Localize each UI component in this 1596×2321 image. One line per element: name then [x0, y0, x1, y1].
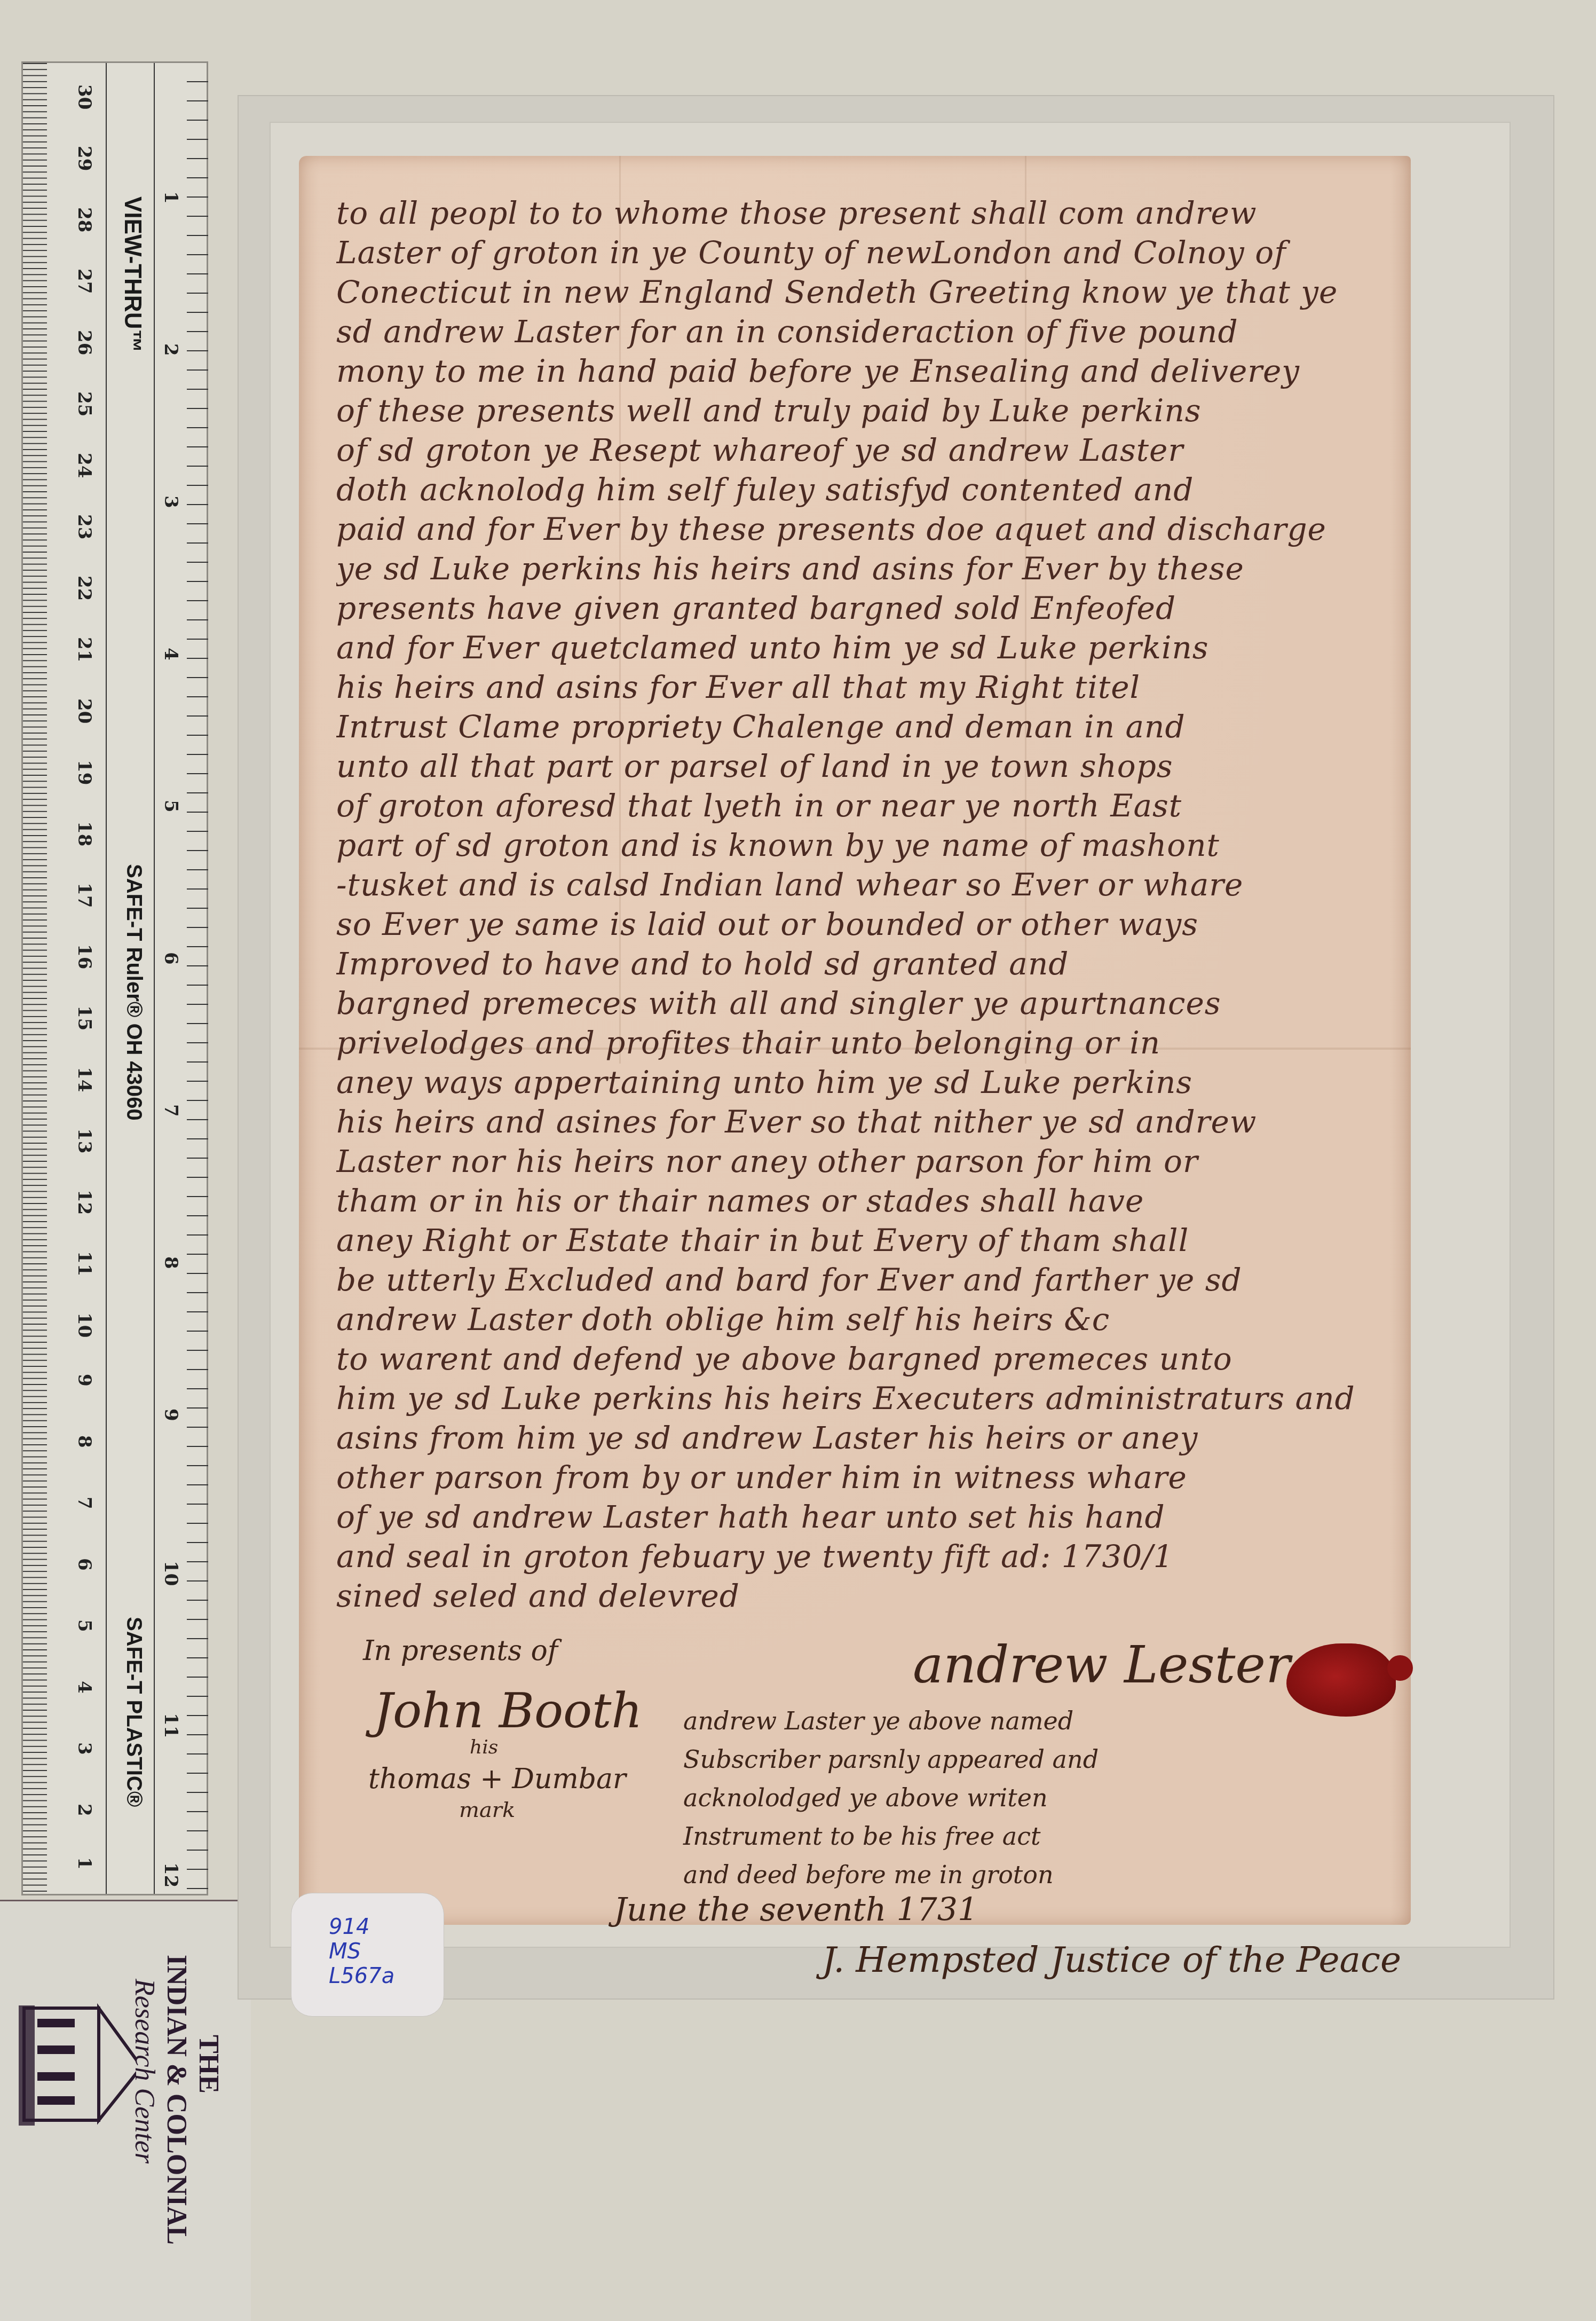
deed-line: and for Ever quetclamed unto him ye sd L… [336, 628, 1382, 667]
building-icon [13, 1987, 136, 2163]
deed-line: to all peopl to to whome those present s… [336, 193, 1382, 233]
deed-line: aney ways appertaining unto him ye sd Lu… [336, 1063, 1382, 1102]
deed-line: of sd groton ye Resept whareof ye sd and… [336, 430, 1382, 470]
deed-line: ye sd Luke perkins his heirs and asins f… [336, 549, 1382, 588]
witness-mark-label: mark [459, 1798, 515, 1822]
inch-label: 1 [160, 191, 181, 204]
deed-line: tham or in his or thair names or stades … [336, 1181, 1382, 1221]
inch-label: 6 [160, 952, 181, 965]
research-center-logo-card: THE INDIAN & COLONIAL Research Center [0, 1900, 251, 2321]
deed-line: mony to me in hand paid before ye Enseal… [336, 351, 1382, 391]
cm-label: 8 [74, 1435, 95, 1448]
cm-label: 5 [74, 1619, 95, 1632]
acknowledgement-line: Instrument to be his free act [683, 1817, 1099, 1855]
deed-line: -tusket and is calsd Indian land whear s… [336, 865, 1382, 904]
cm-label: 26 [74, 330, 95, 355]
cm-label: 28 [74, 207, 95, 232]
deed-line: Conecticut in new England Sendeth Greeti… [336, 272, 1382, 312]
inch-label: 10 [160, 1561, 181, 1586]
deed-line: andrew Laster doth oblige him self his h… [336, 1300, 1382, 1339]
deed-body-text: to all peopl to to whome those present s… [336, 193, 1382, 1616]
deed-line: him ye sd Luke perkins his heirs Execute… [336, 1379, 1382, 1418]
cm-label: 2 [74, 1804, 95, 1816]
grantor-signature: andrew Lester [913, 1635, 1290, 1695]
deed-line: sined seled and delevred [336, 1576, 1382, 1616]
deed-line: asins from him ye sd andrew Laster his h… [336, 1418, 1382, 1458]
cm-label: 23 [74, 514, 95, 539]
deed-line: and seal in groton febuary ye twenty fif… [336, 1537, 1382, 1576]
cm-scale: 30 29 28 27 26 25 24 23 22 21 20 19 18 1… [47, 63, 107, 1894]
cm-label: 16 [74, 944, 95, 969]
acknowledgement-line: Subscriber parsnly appeared and [683, 1740, 1099, 1779]
deed-line: of ye sd andrew Laster hath hear unto se… [336, 1497, 1382, 1537]
deed-line: sd andrew Laster for an in consideractio… [336, 312, 1382, 351]
deed-line: privelodges and profites thair unto belo… [336, 1023, 1382, 1063]
logo-line-the: THE [193, 2035, 224, 2094]
deed-line: doth acknolodg him self fuley satisfyd c… [336, 470, 1382, 509]
cm-label: 17 [74, 883, 95, 908]
cm-label: 10 [74, 1312, 95, 1337]
cm-label: 7 [74, 1497, 95, 1509]
acknowledgement-line: andrew Laster ye above named [683, 1702, 1099, 1740]
deed-line: bargned premeces with all and singler ye… [336, 984, 1382, 1023]
deed-line: paid and for Ever by these presents doe … [336, 509, 1382, 549]
deed-line: his heirs and asines for Ever so that ni… [336, 1102, 1382, 1142]
inch-label: 8 [160, 1256, 181, 1269]
inch-label: 3 [160, 495, 181, 508]
inch-scale: 1 2 3 4 5 6 7 8 9 10 11 12 [154, 63, 208, 1894]
logo-line-indian-colonial: INDIAN & COLONIAL [161, 1955, 192, 2245]
measuring-ruler: 30 29 28 27 26 25 24 23 22 21 20 19 18 1… [21, 61, 208, 1895]
acknowledgement-line: acknolodged ye above writen [683, 1779, 1099, 1817]
acknowledgement-date: June the seventh 1731 [614, 1891, 978, 1929]
deed-line: unto all that part or parsel of land in … [336, 746, 1382, 786]
cm-label: 13 [74, 1128, 95, 1153]
cm-label: 4 [74, 1681, 95, 1694]
deed-line: part of sd groton and is known by ye nam… [336, 825, 1382, 865]
acknowledgement-block: andrew Laster ye above named Subscriber … [683, 1702, 1099, 1894]
witness-thomas-dumbar: thomas + Dumbar [368, 1763, 626, 1795]
cm-label: 15 [74, 1005, 95, 1030]
cm-label: 14 [74, 1067, 95, 1092]
manuscript-deed: to all peopl to to whome those present s… [299, 156, 1411, 1925]
deed-line: Laster nor his heirs nor aney other pars… [336, 1142, 1382, 1181]
inch-label: 9 [160, 1409, 181, 1421]
deed-line: aney Right or Estate thair in but Every … [336, 1221, 1382, 1260]
ruler-brand-middle: SAFE-T Ruler® OH 43060 [122, 864, 146, 1121]
cm-label: 25 [74, 391, 95, 416]
catalog-id: L567a [329, 1964, 394, 1988]
cm-label: 19 [74, 760, 95, 785]
cm-label: 30 [74, 84, 95, 109]
cm-label: 18 [74, 821, 95, 846]
deed-line: of these presents well and truly paid by… [336, 391, 1382, 430]
cm-label: 22 [74, 576, 95, 601]
deed-line: of groton aforesd that lyeth in or near … [336, 786, 1382, 825]
catalog-number: 914 [329, 1915, 394, 1939]
cm-label: 24 [74, 453, 95, 478]
inch-label: 4 [160, 648, 181, 660]
deed-line: be utterly Excluded and bard for Ever an… [336, 1260, 1382, 1300]
cm-label: 6 [74, 1558, 95, 1571]
cm-label: 3 [74, 1742, 95, 1755]
inch-label: 2 [160, 343, 181, 356]
deed-line: to warent and defend ye above bargned pr… [336, 1339, 1382, 1379]
witness-heading: In presents of [363, 1635, 558, 1667]
cm-label: 29 [74, 146, 95, 171]
witness-mark-his: his [470, 1736, 498, 1758]
inch-label: 7 [160, 1104, 181, 1117]
deed-line: Intrust Clame propriety Chalenge and dem… [336, 707, 1382, 746]
cm-label: 21 [74, 637, 95, 662]
witness-john-booth: John Booth [374, 1683, 642, 1739]
catalog-type: MS [329, 1939, 394, 1964]
deed-line: Laster of groton in ye County of newLond… [336, 233, 1382, 272]
deed-line: so Ever ye same is laid out or bounded o… [336, 904, 1382, 944]
cm-label: 9 [74, 1374, 95, 1387]
cm-label: 27 [74, 269, 95, 294]
logo-line-research-center: Research Center [129, 1979, 160, 2163]
red-wax-seal [1286, 1643, 1396, 1717]
deed-line: his heirs and asins for Ever all that my… [336, 667, 1382, 707]
justice-signature: J. Hempsted Justice of the Peace [822, 1939, 1401, 1980]
catalog-label: 914 MS L567a [291, 1893, 444, 2017]
inch-label: 11 [160, 1713, 181, 1738]
cm-label: 20 [74, 698, 95, 723]
cm-label: 12 [74, 1190, 95, 1215]
inch-label: 5 [160, 800, 181, 813]
cm-label: 11 [74, 1251, 95, 1276]
deed-line: Improved to have and to hold sd granted … [336, 944, 1382, 984]
acknowledgement-line: and deed before me in groton [683, 1855, 1099, 1894]
ruler-brand-bottom: SAFE-T PLASTIC® [122, 1617, 146, 1807]
deed-line: other parson from by or under him in wit… [336, 1458, 1382, 1497]
ruler-brand-top: VIEW-THRU™ [119, 196, 146, 352]
deed-line: presents have given granted bargned sold… [336, 588, 1382, 628]
inch-label: 12 [160, 1862, 181, 1887]
cm-label: 1 [74, 1857, 95, 1870]
